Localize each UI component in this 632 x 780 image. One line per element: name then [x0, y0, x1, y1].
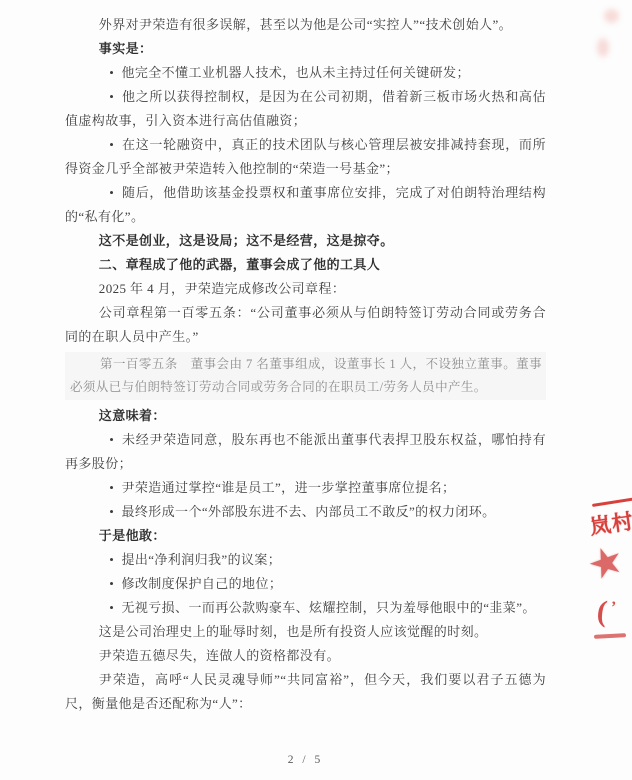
red-paren-stamp: (	[595, 596, 608, 629]
red-tick-stamp: ’	[611, 599, 616, 617]
document-page: 外界对尹荣造有很多误解，甚至以为他是公司“实控人”“技术创始人”。事实是：• 他…	[0, 0, 632, 780]
paragraph: • 他之所以获得控制权，是因为在公司初期，借着新三板市场火热和高估值虚构故事，引…	[65, 85, 546, 133]
page-number: 2 / 5	[65, 754, 546, 766]
paragraph: 公司章程第一百零五条：“公司董事必须从与伯朗特签订劳动合同或劳务合同的在职人员中…	[65, 301, 546, 349]
paragraph: 事实是：	[65, 37, 546, 61]
red-smudge	[597, 38, 609, 57]
seal-text: 岚村	[588, 503, 632, 541]
paragraph: • 提出“净利润归我”的议案；	[65, 548, 546, 572]
paragraph: 2025 年 4 月，尹荣造完成修改公司章程：	[65, 277, 546, 301]
paragraph: 二、章程成了他的武器，董事会成了他的工具人	[65, 253, 546, 277]
paragraph: 尹荣造五德尽失，连做人的资格都没有。	[65, 644, 546, 668]
paragraph: 第一百零五条 董事会由 7 名董事组成，设董事长 1 人，不设独立董事。董事必须…	[65, 352, 546, 400]
paragraph: • 未经尹荣造同意，股东再也不能派出董事代表捍卫股东权益，哪怕持有再多股份；	[65, 428, 546, 476]
paragraph: • 他完全不懂工业机器人技术，也从未主持过任何关键研发；	[65, 61, 546, 85]
paragraph: • 尹荣造通过掌控“谁是员工”，进一步掌控董事席位提名；	[65, 476, 546, 500]
paragraph: • 最终形成一个“外部股东进不去、内部员工不敢反”的权力闭环。	[65, 500, 546, 524]
paragraph: • 修改制度保护自己的地位；	[65, 572, 546, 596]
paragraph: 尹荣造，高呼“人民灵魂导师”“共同富裕”，但今天，我们要以君子五德为尺，衡量他是…	[65, 668, 546, 716]
paragraph: 于是他敢：	[65, 524, 546, 548]
red-bar-stamp	[594, 633, 626, 639]
document-body: 外界对尹荣造有很多误解，甚至以为他是公司“实控人”“技术创始人”。事实是：• 他…	[65, 13, 546, 716]
paragraph: 外界对尹荣造有很多误解，甚至以为他是公司“实控人”“技术创始人”。	[65, 13, 546, 37]
paragraph: • 无视亏损、一而再公款购豪车、炫耀控制，只为羞辱他眼中的“韭菜”。	[65, 596, 546, 620]
paragraph: 这意味着：	[65, 404, 546, 428]
red-smudge	[604, 9, 619, 23]
paragraph: 这不是创业，这是设局；这不是经营，这是掠夺。	[65, 229, 546, 253]
paragraph: 这是公司治理史上的耻辱时刻，也是所有投资人应该觉醒的时刻。	[65, 620, 546, 644]
paragraph: • 在这一轮融资中，真正的技术团队与核心管理层被安排减持套现，而所得资金几乎全部…	[65, 133, 546, 181]
paragraph: • 随后，他借助该基金投票权和董事席位安排，完成了对伯朗特治理结构的“私有化”。	[65, 181, 546, 229]
